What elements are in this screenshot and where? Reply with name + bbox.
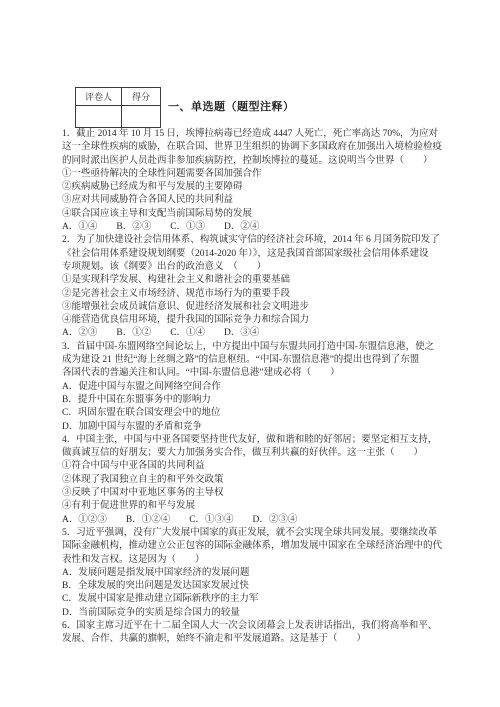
question-line: 5．习近平强调，没有广大发展中国家的真正发展，就不会实现全球共同发展。要继续改革 [62, 527, 464, 540]
question-line: 3．首届中国-东盟网络空间论坛上，中方提出中国与东盟共同打造中国-东盟信息港，使… [62, 341, 464, 354]
question-line: ①符合中国与中亚各国的共同利益 [62, 460, 464, 473]
question-line: A．①④ B．②③ C．①③ D．②④ [62, 221, 464, 234]
score-table-header-row: 评卷人 得分 [76, 88, 161, 106]
question-line: 发展、合作、共赢的旗帜，始终不渝走和平发展道路。这是基于（ ） [62, 633, 464, 646]
question-line: ③反映了中国对中亚地区事务的主导权 [62, 487, 464, 500]
question-line: ①一些亟待解决的全球性问题需要各国加强合作 [62, 168, 464, 181]
question-line: A．①②③ B．①②④ C．①③④ D．②③④ [62, 514, 464, 527]
question-line: 做真诚互信的好朋友；要大力加强务实合作，做互利共赢的好伙伴。这一主张（ ） [62, 447, 464, 460]
question-line: 《社会信用体系建设规划纲要（2014-2020 年）》，这是我国首部国家级社会信… [62, 248, 464, 261]
question-line: 表性和发言权。这是因为（ ） [62, 554, 464, 567]
question-5: 5．习近平强调，没有广大发展中国家的真正发展，就不会实现全球共同发展。要继续改革… [62, 527, 464, 620]
score-table-value-row [76, 106, 161, 128]
question-line: 6．国家主席习近平在十二届全国人大一次会议闭幕会上发表讲话指出，我们将高举和平、 [62, 620, 464, 633]
question-line: ②是完善社会主义市场经济、规范市场行为的重要手段 [62, 288, 464, 301]
question-line: D．当前国际竞争的实质是综合国力的较量 [62, 607, 464, 620]
question-line: 4．中国主张，中国与中亚各国要坚持世代友好，做和谐和睦的好邻居；要坚定相互支持， [62, 434, 464, 447]
question-line: ④联合国应该主导和支配当前国际局势的发展 [62, 208, 464, 221]
question-1: 1．截止 2014 年 10 月 15 日，埃博拉病毒已经造成 4447 人死亡… [62, 128, 464, 234]
score-value-cell [122, 106, 161, 128]
question-line: 这一全球性疾病的威胁，在联合国、世界卫生组织的协调下多国政府在加强出入境检验检疫 [62, 141, 464, 154]
exam-paper-page: 评卷人 得分 一、单选题（题型注释） 1．截止 2014 年 10 月 15 日… [0, 0, 500, 707]
question-4: 4．中国主张，中国与中亚各国要坚持世代友好，做和谐和睦的好邻居；要坚定相互支持，… [62, 434, 464, 527]
question-line: D．加剧中国与东盟的矛盾和竞争 [62, 421, 464, 434]
grader-header-cell: 评卷人 [76, 88, 122, 106]
question-line: A．促进中国与东盟之间网络空间合作 [62, 381, 464, 394]
question-line: C．发展中国家是推动建立国际新秩序的主力军 [62, 593, 464, 606]
question-line: ③能增强社会成员诚信意识、促进经济发展和社会文明进步 [62, 301, 464, 314]
question-line: 2．为了加快建设社会信用体系、构筑诚实守信的经济社会环境，2014 年 6 月国… [62, 234, 464, 247]
grader-value-cell [76, 106, 122, 128]
question-line: B．全球发展的突出问题是发达国家发展过快 [62, 580, 464, 593]
question-line: 各国代表的普遍关注和认同。“中国-东盟信息港”建成必将（ ） [62, 367, 464, 380]
section-title: 一、单选题（题型注释） [168, 98, 295, 114]
question-3: 3．首届中国-东盟网络空间论坛上，中方提出中国与东盟共同打造中国-东盟信息港，使… [62, 341, 464, 434]
question-line: B．提升中国在东盟事务中的影响力 [62, 394, 464, 407]
question-line: ②体现了我国独立自主的和平外交政策 [62, 474, 464, 487]
question-line: C．巩固东盟在联合国安理会中的地位 [62, 407, 464, 420]
question-line: ①是实现科学发展、构建社会主义和谐社会的重要基础 [62, 274, 464, 287]
question-line: A．发展问题是指发展中国家经济的发展问题 [62, 567, 464, 580]
question-line: A．②③ B．①② C．①④ D．③④ [62, 327, 464, 340]
question-line: 成为建设 21 世纪“海上丝绸之路”的信息枢纽。“中国-东盟信息港”的提出也得到… [62, 354, 464, 367]
question-line: 的同时派出医护人员赴西非参加疾病防控，控制埃博拉的蔓延。这说明当今世界（ ） [62, 155, 464, 168]
score-table: 评卷人 得分 [75, 87, 161, 128]
question-2: 2．为了加快建设社会信用体系、构筑诚实守信的经济社会环境，2014 年 6 月国… [62, 234, 464, 340]
question-list: 1．截止 2014 年 10 月 15 日，埃博拉病毒已经造成 4447 人死亡… [62, 128, 464, 647]
question-line: 1．截止 2014 年 10 月 15 日，埃博拉病毒已经造成 4447 人死亡… [62, 128, 464, 141]
question-line: ④有利于促进世界的和平与发展 [62, 500, 464, 513]
question-line: ③应对共同威胁符合各国人民的共同利益 [62, 194, 464, 207]
score-header-cell: 得分 [122, 88, 161, 106]
question-line: ④能营造优良信用环境，提升我国的国际竞争力和综合国力 [62, 314, 464, 327]
question-line: ②疾病威胁已经成为和平与发展的主要障碍 [62, 181, 464, 194]
question-6: 6．国家主席习近平在十二届全国人大一次会议闭幕会上发表讲话指出，我们将高举和平、… [62, 620, 464, 647]
question-line: 专项规划。该《纲要》出台的政治意义 （ ） [62, 261, 464, 274]
question-line: 国际金融机构，推动建立公正包容的国际金融体系，增加发展中国家在全球经济治理中的代 [62, 540, 464, 553]
